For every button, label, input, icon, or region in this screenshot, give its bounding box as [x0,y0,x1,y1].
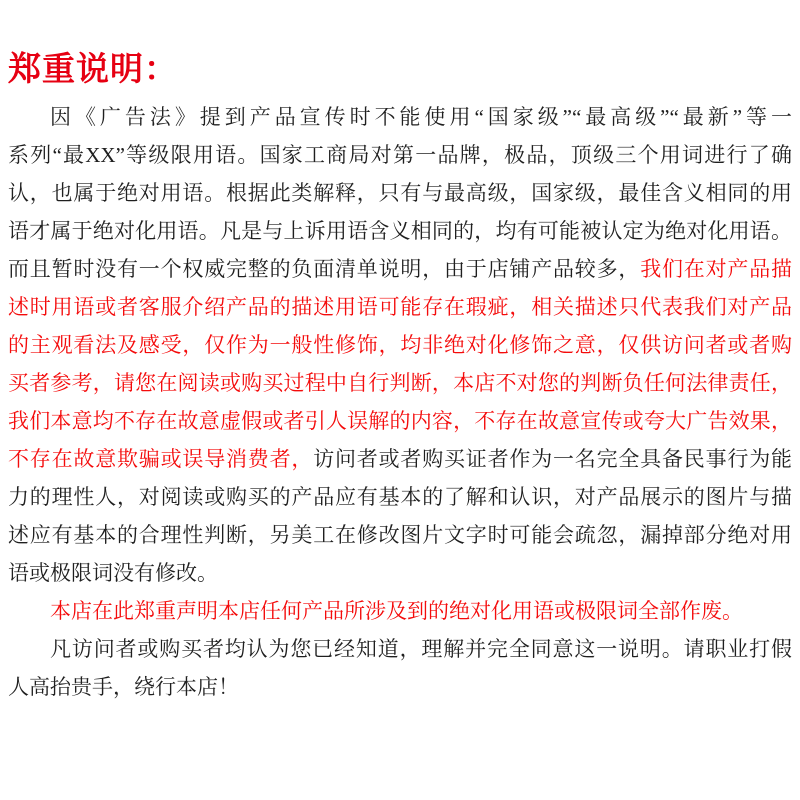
text-segment: 语或极限词没有修改。 [8,561,218,585]
text-line: 我们本意均不存在故意虚假或者引人误解的内容，不存在故意宣传或夸大广告效果， [8,402,792,440]
text-segment: 不存在故意欺骗或误导消费者， [8,447,313,471]
text-segment: 访问者或者购买证者作为一名完全具备民事行为能 [313,447,792,471]
text-segment: 认，也属于绝对用语。根据此类解释，只有与最高级，国家级，最佳含义相同的用 [8,181,792,205]
text-segment: 人高抬贵手，绕行本店！ [8,675,239,699]
text-segment: 的主观看法及感受，仅作为一般性修饰，均非绝对化修饰之意，仅供访问者或者购 [8,333,792,357]
text-segment: 我们在对产品描 [640,257,792,281]
text-segment: 凡访问者或购买者均认为您已经知道，理解并完全同意这一说明。请职业打假 [50,637,792,661]
text-line: 述时用语或者客服介绍产品的描述用语可能存在瑕疵，相关描述只代表我们对产品 [8,288,792,326]
disclaimer-body: 因《广告法》提到产品宣传时不能使用“国家级”“最高级”“最新”等一系列“最XX”… [8,98,792,706]
text-line: 因《广告法》提到产品宣传时不能使用“国家级”“最高级”“最新”等一 [8,98,792,136]
text-line: 人高抬贵手，绕行本店！ [8,668,792,706]
text-line: 的主观看法及感受，仅作为一般性修饰，均非绝对化修饰之意，仅供访问者或者购 [8,326,792,364]
text-line: 而且暂时没有一个权威完整的负面清单说明，由于店铺产品较多，我们在对产品描 [8,250,792,288]
text-segment: 本店在此郑重声明本店任何产品所涉及到的绝对化用语或极限词全部作废。 [50,599,743,623]
text-line: 不存在故意欺骗或误导消费者，访问者或者购买证者作为一名完全具备民事行为能 [8,440,792,478]
text-line: 力的理性人，对阅读或购买的产品应有基本的了解和认识，对产品展示的图片与描 [8,478,792,516]
text-segment: 买者参考，请您在阅读或购买过程中自行判断，本店不对您的判断负任何法律责任， [8,371,792,395]
text-line: 凡访问者或购买者均认为您已经知道，理解并完全同意这一说明。请职业打假 [8,630,792,668]
text-segment: 述时用语或者客服介绍产品的描述用语可能存在瑕疵，相关描述只代表我们对产品 [8,295,792,319]
text-line: 语或极限词没有修改。 [8,554,792,592]
text-line: 买者参考，请您在阅读或购买过程中自行判断，本店不对您的判断负任何法律责任， [8,364,792,402]
text-segment: 语才属于绝对化用语。凡是与上诉用语含义相同的，均有可能被认定为绝对化用语。 [8,219,792,243]
text-segment: 因《广告法》提到产品宣传时不能使用“国家级”“最高级”“最新”等一 [50,105,792,129]
page-title: 郑重说明： [8,50,792,90]
text-line: 本店在此郑重声明本店任何产品所涉及到的绝对化用语或极限词全部作废。 [8,592,792,630]
text-line: 语才属于绝对化用语。凡是与上诉用语含义相同的，均有可能被认定为绝对化用语。 [8,212,792,250]
text-segment: 我们本意均不存在故意虚假或者引人误解的内容，不存在故意宣传或夸大广告效果， [8,409,792,433]
text-segment: 述应有基本的合理性判断，另美工在修改图片文字时可能会疏忽，漏掉部分绝对用 [8,523,792,547]
text-segment: 力的理性人，对阅读或购买的产品应有基本的了解和认识，对产品展示的图片与描 [8,485,792,509]
text-line: 述应有基本的合理性判断，另美工在修改图片文字时可能会疏忽，漏掉部分绝对用 [8,516,792,554]
text-segment: 而且暂时没有一个权威完整的负面清单说明，由于店铺产品较多， [8,257,640,281]
text-line: 认，也属于绝对用语。根据此类解释，只有与最高级，国家级，最佳含义相同的用 [8,174,792,212]
text-segment: 系列“最XX”等级限用语。国家工商局对第一品牌，极品，顶级三个用词进行了确 [8,143,792,167]
text-line: 系列“最XX”等级限用语。国家工商局对第一品牌，极品，顶级三个用词进行了确 [8,136,792,174]
disclaimer-page: 郑重说明： 因《广告法》提到产品宣传时不能使用“国家级”“最高级”“最新”等一系… [0,0,800,800]
